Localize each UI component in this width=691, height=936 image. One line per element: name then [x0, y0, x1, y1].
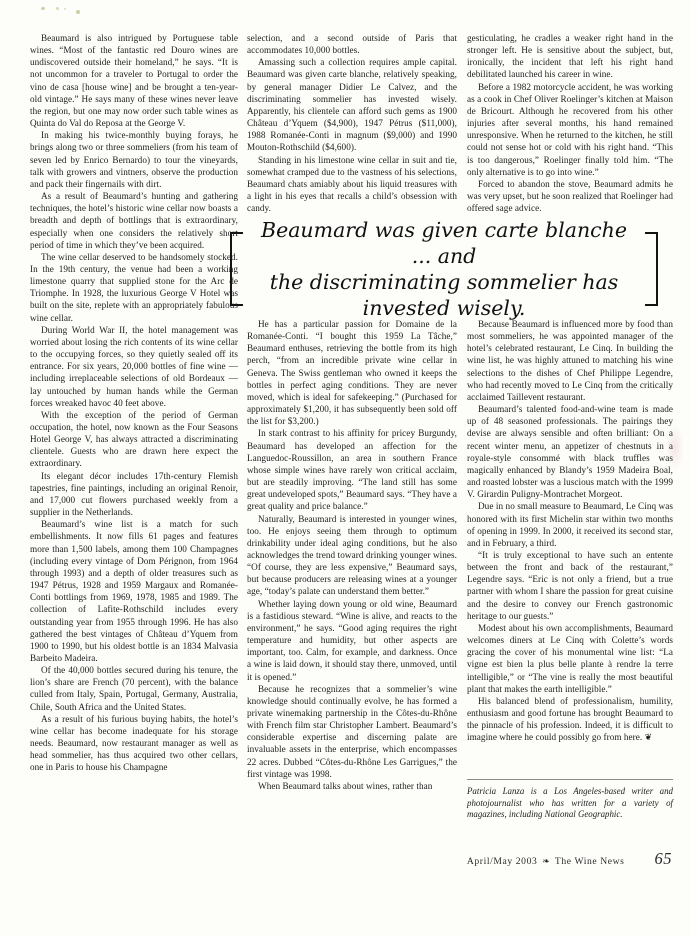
paragraph: Amassing such a collection requires ampl… — [247, 56, 457, 153]
footer-publication-name: The Wine News — [555, 856, 625, 867]
paragraph: Forced to abandon the stove, Beaumard ad… — [467, 178, 673, 214]
paragraph: Beaumard is also intrigued by Portuguese… — [30, 32, 238, 129]
article-column-2-bottom: He has a particular passion for Domaine … — [247, 318, 457, 818]
paragraph: When Beaumard talks about wines, rather … — [247, 780, 457, 792]
paragraph: Before a 1982 motorcycle accident, he wa… — [467, 81, 673, 178]
magazine-page: Beaumard is also intrigued by Portuguese… — [0, 0, 691, 936]
paragraph: Beaumard’s talented food-and-wine team i… — [467, 403, 673, 500]
paragraph: Modest about his own accomplishments, Be… — [467, 622, 673, 695]
paragraph: With the exception of the period of Germ… — [30, 409, 238, 470]
paragraph: The wine cellar deserved to be handsomel… — [30, 251, 238, 324]
footer-issue-date: April/May 2003 — [467, 856, 538, 867]
paragraph: As a result of his furious buying habits… — [30, 713, 238, 774]
author-bio-text: Patricia Lanza is a Los Angeles-based wr… — [467, 786, 673, 819]
paragraph: In stark contrast to his affinity for pr… — [247, 427, 457, 512]
paragraph: Standing in his limestone wine cellar in… — [247, 154, 457, 215]
paragraph: “It is truly exceptional to have such an… — [467, 549, 673, 622]
paragraph: During World War II, the hotel managemen… — [30, 324, 238, 409]
pull-quote-line-1: Beaumard was given carte blanche ... and — [249, 217, 639, 269]
paragraph: Naturally, Beaumard is interested in you… — [247, 513, 457, 598]
scan-speck — [41, 7, 45, 10]
article-column-1: Beaumard is also intrigued by Portuguese… — [30, 32, 238, 822]
paragraph: selection, and a second outside of Paris… — [247, 32, 457, 56]
paragraph: Due in no small measure to Beaumard, Le … — [467, 500, 673, 549]
scan-speck — [64, 8, 66, 10]
paragraph: In making his twice-monthly buying foray… — [30, 129, 238, 190]
pull-quote-right-bracket-icon — [645, 232, 658, 306]
pull-quote-line-2: the discriminating sommelier has investe… — [249, 269, 639, 321]
pull-quote-text: Beaumard was given carte blanche ... and… — [243, 217, 645, 321]
paragraph: Whether laying down young or old wine, B… — [247, 598, 457, 683]
paragraph: Of the 40,000 bottles secured during his… — [30, 664, 238, 713]
article-column-3-top: gesticulating, he cradles a weaker right… — [467, 32, 673, 224]
paragraph: gesticulating, he cradles a weaker right… — [467, 32, 673, 81]
paragraph: Its elegant décor includes 17th-century … — [30, 470, 238, 519]
article-column-2-top: selection, and a second outside of Paris… — [247, 32, 457, 224]
pull-quote-left-bracket-icon — [230, 232, 243, 306]
paragraph: His balanced blend of professionalism, h… — [467, 695, 673, 744]
scan-speck — [76, 10, 80, 14]
fleuron-icon: ❧ — [542, 856, 550, 867]
paragraph: As a result of Beaumard’s hunting and ga… — [30, 190, 238, 251]
scan-speck — [56, 7, 59, 10]
pull-quote: Beaumard was given carte blanche ... and… — [230, 226, 658, 312]
paragraph: Because Beaumard is influenced more by f… — [467, 318, 673, 403]
paragraph: Beaumard’s wine list is a match for such… — [30, 518, 238, 664]
article-column-3-bottom: Because Beaumard is influenced more by f… — [467, 318, 673, 770]
page-footer: April/May 2003 ❧ The Wine News 65 — [0, 849, 672, 869]
paragraph: He has a particular passion for Domaine … — [247, 318, 457, 427]
author-bio: Patricia Lanza is a Los Angeles-based wr… — [467, 779, 673, 821]
paragraph: Because he recognizes that a sommelier’s… — [247, 683, 457, 780]
page-number: 65 — [655, 849, 673, 869]
